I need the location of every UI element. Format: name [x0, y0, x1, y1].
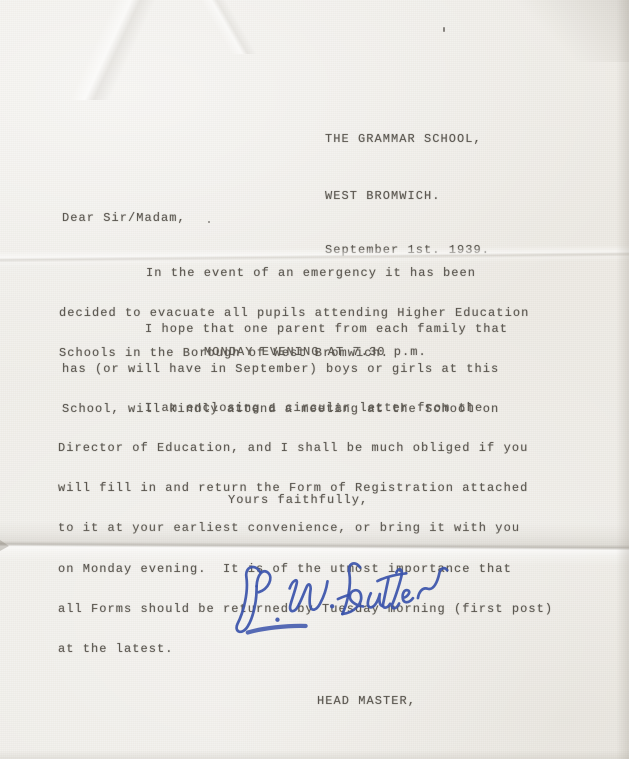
letterhead-town: WEST BROMWICH. [325, 190, 490, 203]
paragraph-line: to it at your earliest convenience, or b… [58, 522, 553, 535]
scan-speck [208, 221, 210, 223]
signature-svg [229, 553, 456, 649]
scan-edge-shadow-right [616, 0, 629, 759]
fold-crease-top-center [150, 0, 300, 54]
scan-edge-shadow-bottom [0, 750, 629, 759]
signature-handwriting [229, 553, 456, 649]
scan-speck [443, 27, 445, 32]
fold-crease-top-left [0, 0, 240, 100]
letterhead-school: THE GRAMMAR SCHOOL, [325, 133, 490, 146]
paragraph-line: I am enclosing a circular letter from th… [58, 402, 553, 415]
salutation: Dear Sir/Madam, [62, 212, 186, 225]
paragraph-line: Director of Education, and I shall be mu… [58, 442, 553, 455]
fold-edge-notch [0, 540, 9, 551]
letter-page: THE GRAMMAR SCHOOL, WEST BROMWICH. Septe… [0, 0, 629, 759]
closing-line: Yours faithfully, [228, 494, 368, 507]
paragraph-line: I hope that one parent from each family … [62, 323, 508, 336]
paragraph-line: In the event of an emergency it has been [59, 267, 529, 280]
meeting-notice: MONDAY EVENING AT 7.30 p.m. [204, 346, 427, 359]
headmaster-title: HEAD MASTER, [317, 695, 416, 708]
scan-corner-shadow [499, 0, 629, 62]
